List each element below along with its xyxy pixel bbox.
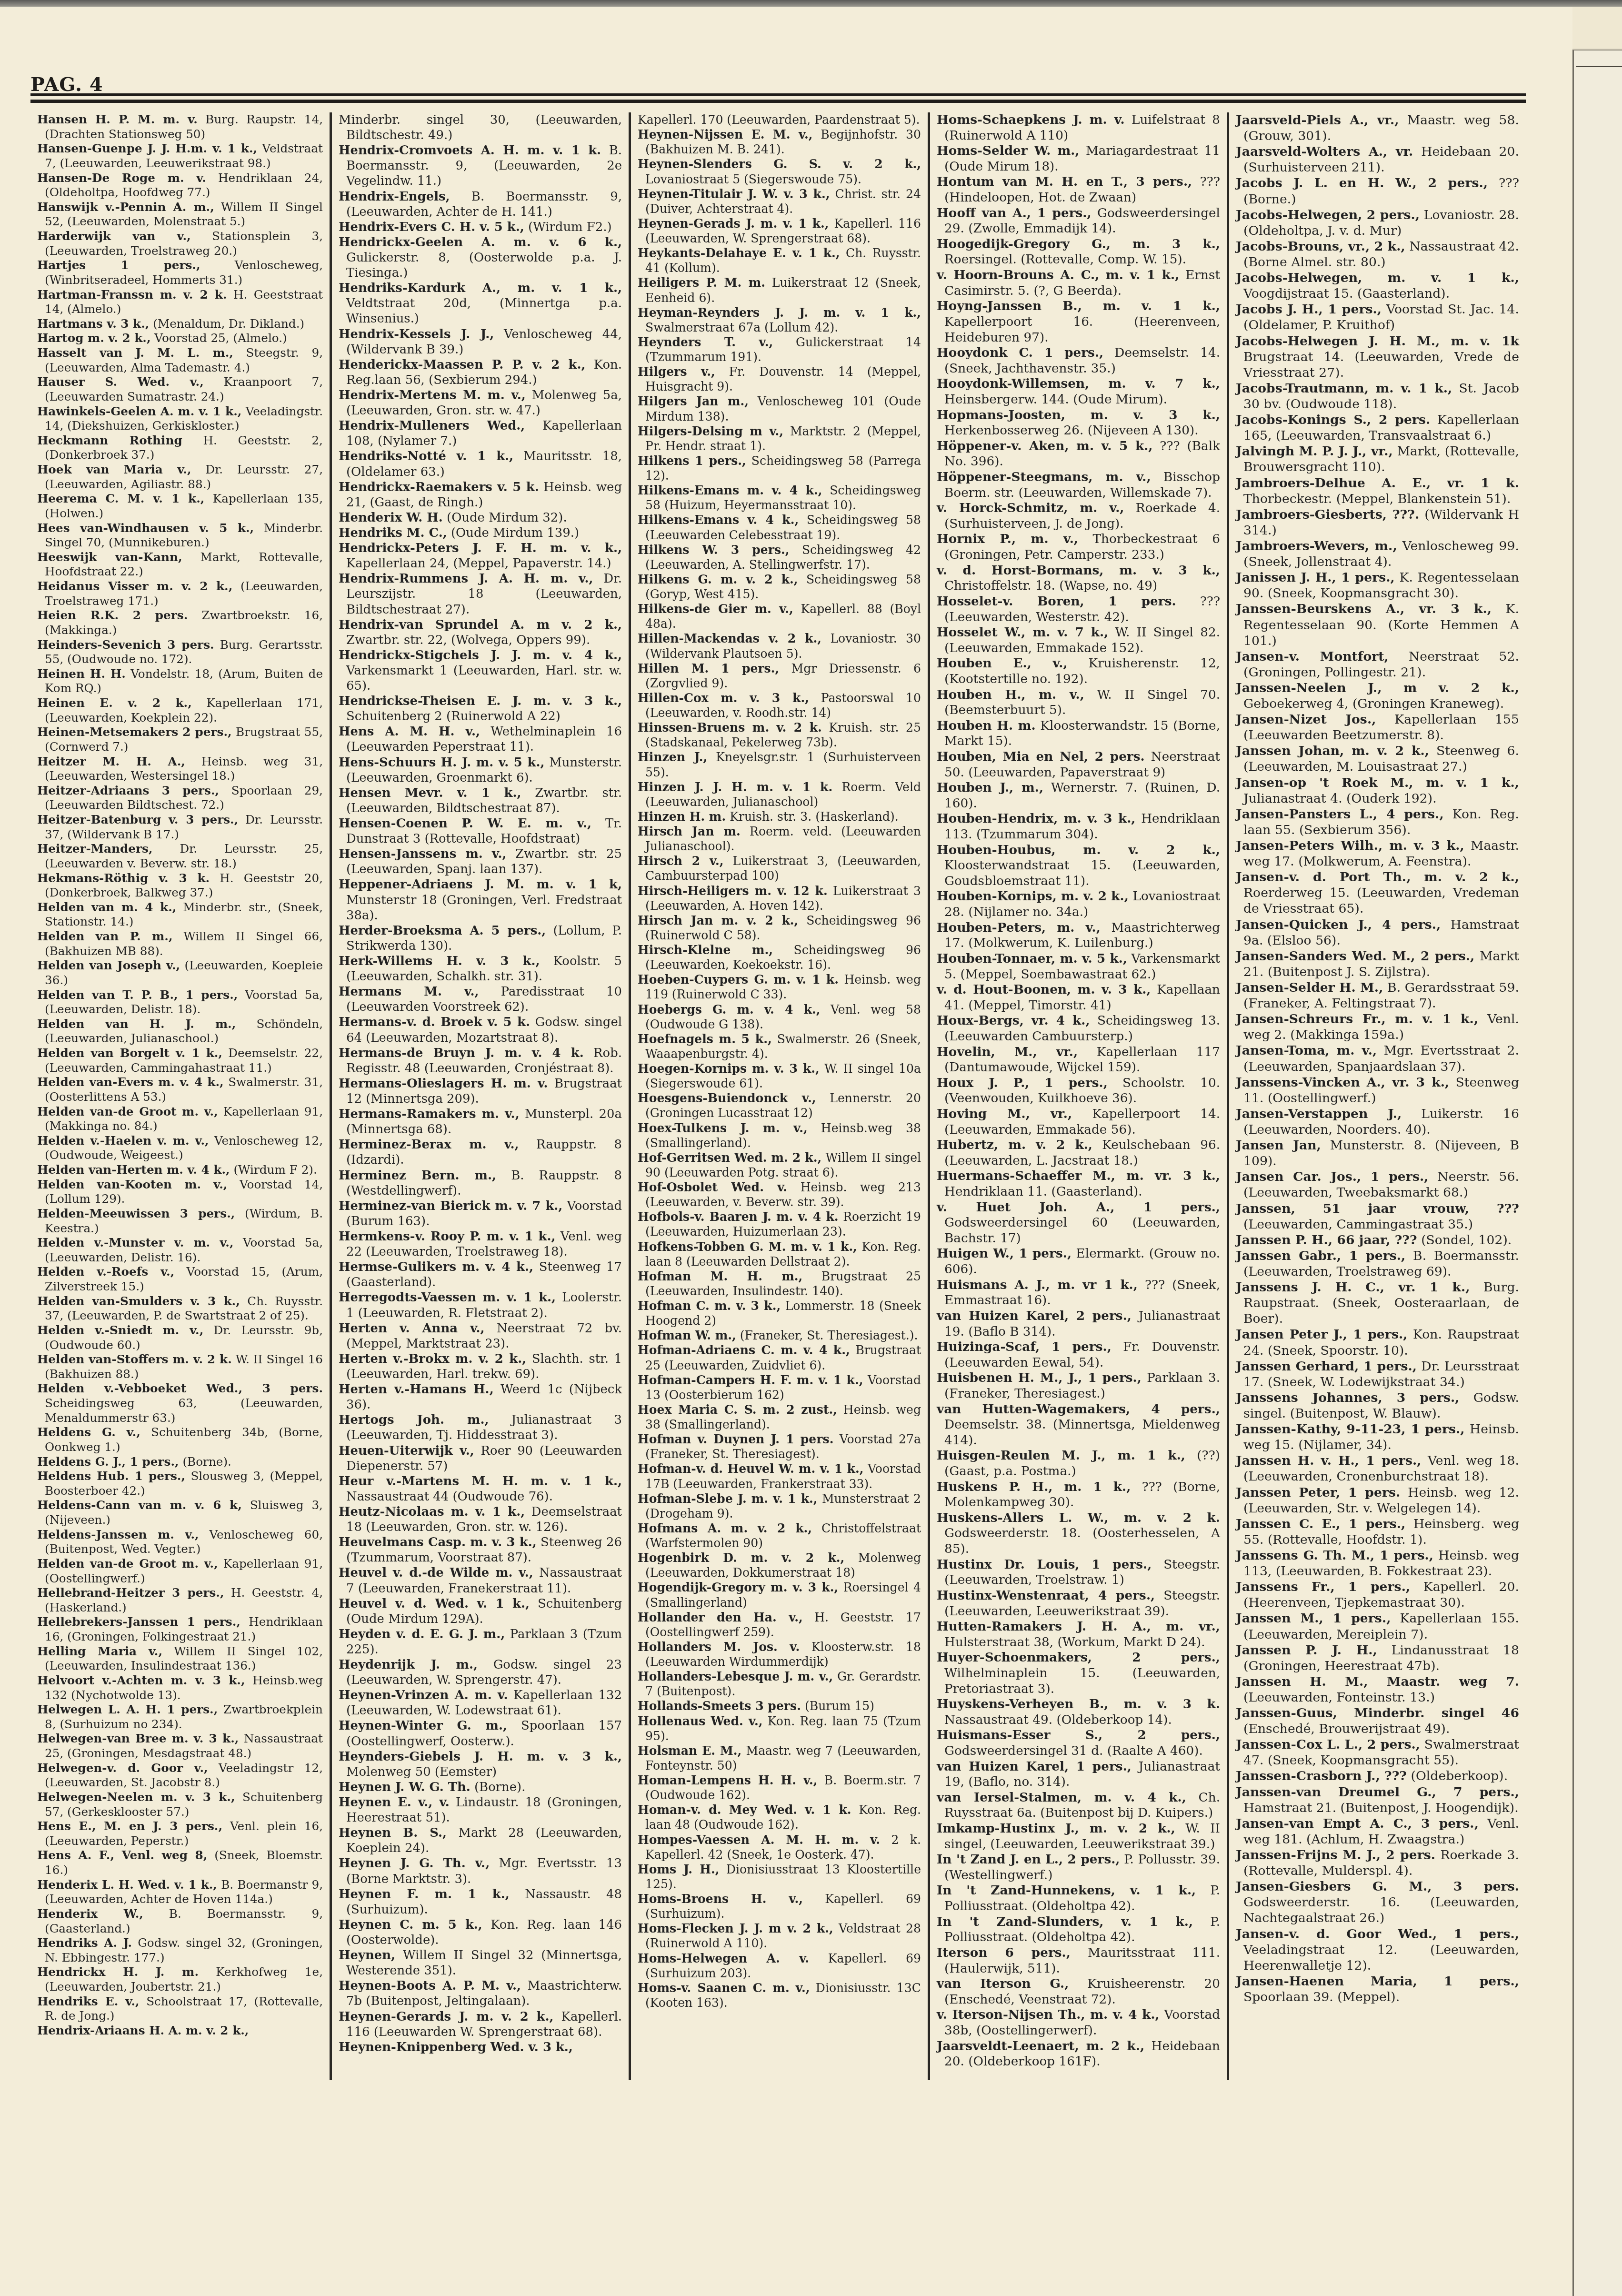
directory-entry: Huyskens-Verheyen B., m. v. 3 k. Nassaus… (937, 1697, 1220, 1728)
entry-name: Hovelin, M., vr., (937, 1045, 1078, 1059)
entry-name: Huermans-Schaeffer M., m. vr. 3 k., (937, 1168, 1220, 1183)
directory-entry: Hoebergs G. m. v. 4 k., Venl. weg 58 (Ou… (638, 1002, 921, 1032)
entry-name: Jansen-Toma, m. v., (1236, 1043, 1377, 1058)
entry-name: Hilgers v., (638, 364, 715, 379)
directory-entry: Hendrickx-Stigchels J. J. m. v. 4 k., Va… (339, 648, 622, 694)
directory-entry: Hogenbirk D. m. v. 2 k., Molenweg (Leeuw… (638, 1551, 921, 1580)
directory-entry: Jansen Jan, Munsterstr. 8. (Nijeveen, B … (1236, 1138, 1519, 1169)
directory-entry: Janssen-Frijns M. J., 2 pers. Roerkade 3… (1236, 1847, 1519, 1879)
directory-entry: Hinzen J. J. H. m. v. 1 k. Roerm. Veld (… (638, 780, 921, 809)
entry-name: Hawinkels-Geelen A. m. v. 1 k., (37, 404, 241, 418)
entry-name: Houben-Houbus, m. v. 2 k., (937, 843, 1220, 857)
entry-address: Godsweerdersingel 60 (Leeuwarden, Bachst… (944, 1216, 1220, 1246)
directory-entry: Hoex-Tulkens J. m. v., Heinsb.weg 38 (Sm… (638, 1121, 921, 1150)
header-rule-top (30, 93, 1526, 96)
entry-name: Janssen-Guus, Minderbr. singel 46 (1236, 1706, 1519, 1721)
entry-name: v. d. Horst-Bormans, m. v. 3 k., (937, 563, 1220, 578)
directory-entry: Hofman M. H. m., Brugstraat 25 (Leeuward… (638, 1269, 921, 1299)
entry-name: Jacobs J. L. en H. W., 2 pers., (1236, 176, 1488, 191)
entry-name: Heinen E. v. 2 k., (37, 696, 192, 710)
directory-entry: Heykants-Delahaye E. v. 1 k., Ch. Ruysst… (638, 246, 921, 275)
entry-name: Jacobs-Konings S., 2 pers. (1236, 413, 1430, 427)
directory-entry: Jansen-Quicken J., 4 pers., Hamstraat 9a… (1236, 917, 1519, 948)
entry-name: Heldens-Cann van m. v. 6 k, (37, 1498, 242, 1512)
entry-name: Heynen, (339, 1948, 395, 1963)
entry-name: Homs J. H., (638, 1862, 719, 1876)
directory-entry: Hendrix-Mulleners Wed., Kapellerlaan 108… (339, 418, 622, 449)
directory-entry: Jansen Peter J., 1 pers., Kon. Raupstraa… (1236, 1327, 1519, 1358)
directory-entry: Herminez-Berax m. v., Rauppstr. 8 (Idzar… (339, 1137, 622, 1168)
entry-address: Hulsterstraat 38, (Workum, Markt D 24). (944, 1635, 1205, 1650)
entry-name: Hirsch Jan m. v. 2 k., (638, 913, 798, 927)
entry-name: Heitzer-Manders, (37, 842, 153, 856)
directory-entry: Janssens G. Th. M., 1 pers., Heinsb. weg… (1236, 1548, 1519, 1579)
entry-address: Brugstraat 14. (Leeuwarden, Vrede de Vri… (1243, 350, 1519, 380)
directory-entry: Houx-Bergs, vr. 4 k., Scheidingsweg 13. … (937, 1013, 1220, 1044)
entry-name: Jacobs J. H., 1 pers., (1236, 302, 1382, 317)
directory-entry: Jambroers-Giesberts, ???. (Wildervank H … (1236, 507, 1519, 538)
entry-name: Heynen-Nijssen E. M. v., (638, 127, 813, 141)
entry-name: Janssen P. H., 66 jaar, ??? (1236, 1233, 1417, 1248)
directory-entry: van Hutten-Wagemakers, 4 pers., Deemsels… (937, 1402, 1220, 1449)
entry-name: Höppener-v. Aken, m. v. 5 k., (937, 439, 1153, 453)
directory-entry: Helden v.-Munster v. m. v., Voorstad 5a,… (37, 1236, 323, 1265)
entry-name: Houben J., m., (937, 780, 1043, 795)
directory-entry: Homs-v. Saanen C. m. v., Dionisiusstr. 1… (638, 1981, 921, 2010)
directory-entry: Hillen M. 1 pers., Mgr Driessenstr. 6 (Z… (638, 661, 921, 691)
entry-name: Houben-Hendrix, m. v. 3 k., (937, 811, 1136, 826)
entry-name: Hellebrekers-Janssen 1 pers., (37, 1615, 240, 1629)
entry-name: Hensen-Coenen P. W. E. m. v., (339, 816, 591, 831)
entry-name: Heuvel v. d.-de Wilde m. v., (339, 1566, 533, 1580)
entry-name: Homs-Flecken J. J. m v. 2 k., (638, 1921, 833, 1935)
entry-name: Holsman E. M., (638, 1743, 741, 1758)
entry-address: (Leeuwarden, Fonteinstr. 13.) (1243, 1690, 1435, 1705)
entry-name: Herten v.-Hamans H., (339, 1382, 494, 1397)
directory-entry: Hofman-Campers H. F. m. v. 1 k., Voorsta… (638, 1373, 921, 1402)
directory-entry: Heuvelmans Casp. m. v. 3 k., Steenweg 26… (339, 1535, 622, 1565)
directory-entry: Heckmann Rothing H. Geeststr. 2, (Donker… (37, 433, 323, 463)
directory-entry: Hollander den Ha. v., H. Geeststr. 17 (O… (638, 1610, 921, 1640)
entry-name: Helden van P. m., (37, 929, 173, 943)
directory-entry: Hofman-Slebe J. m. v. 1 k., Munsterstraa… (638, 1491, 921, 1521)
directory-entry: Hofbols-v. Baaren J. m. v. 4 k. Roerzich… (638, 1209, 921, 1239)
entry-name: Hertogs Joh. m., (339, 1413, 489, 1427)
entry-name: Heuvelmans Casp. m. v. 3 k., (339, 1535, 537, 1550)
directory-entry: Hilkens G. m. v. 2 k., Scheidingsweg 58 … (638, 572, 921, 602)
directory-entry: Hillen-Cox m. v. 3 k., Pastoorswal 10 (L… (638, 691, 921, 720)
directory-entry: Heyden v. d. E. G. J. m., Parklaan 3 (Tz… (339, 1627, 622, 1657)
entry-name: Jansen-v. d. Port Th., m. v. 2 k., (1236, 870, 1519, 885)
entry-name: Huskens P. H., m. 1 k., (937, 1480, 1131, 1494)
entry-name: Heur v.-Martens M. H. m. v. 1 k., (339, 1474, 622, 1489)
directory-entry: Heutz-Nicolaas m. v. 1 k., Deemselstraat… (339, 1504, 622, 1535)
entry-name: Hens-Schuurs H. J. m. v. 5 k., (339, 755, 544, 770)
directory-entry: Jansen-Pansters L., 4 pers., Kon. Reg. l… (1236, 806, 1519, 838)
directory-entry: Herminez-van Bierick m. v. 7 k., Voorsta… (339, 1198, 622, 1229)
entry-name: Janssen-Crasborn J., ??? (1236, 1769, 1407, 1783)
entry-name: Hermans-Ramakers m. v., (339, 1107, 520, 1121)
directory-entry: Hendrix-Evers C. H. v. 5 k., (Wirdum F2.… (339, 220, 622, 235)
entry-name: Hooydonk-Willemsen, m. v. 7 k., (937, 376, 1220, 391)
entry-address: (Wirdum F 2). (233, 1163, 317, 1177)
directory-entry: Huismans A. J., m. vr 1 k., ??? (Sneek, … (937, 1278, 1220, 1309)
directory-entry: Harderwijk van v., Stationsplein 3, (Lee… (37, 229, 323, 258)
entry-name: Hofman-Campers H. F. m. v. 1 k., (638, 1373, 863, 1387)
entry-name: Heldens G. v., (37, 1425, 140, 1439)
entry-name: Hermse-Gulikers m. v. 4 k., (339, 1260, 533, 1274)
entry-name: Hendriks-Notté v. 1 k., (339, 449, 513, 463)
entry-name: Janssen-Beurskens A., vr. 3 k., (1236, 602, 1492, 616)
column-1: Hansen H. P. M. m. v. Burg. Raupstr. 14,… (30, 112, 330, 2080)
directory-entry: Jansen-op 't Roek M., m. v. 1 k., Julian… (1236, 775, 1519, 806)
entry-name: Janssen-Kathy, 9-11-23, 1 pers., (1236, 1422, 1465, 1437)
directory-entry: Heynen-Gerards J. m. v. 2 k., Kapellerl.… (339, 2009, 622, 2040)
directory-entry: Janssen-Kathy, 9-11-23, 1 pers., Heinsb.… (1236, 1421, 1519, 1453)
entry-name: Huismans-Esser S., 2 pers., (937, 1728, 1220, 1742)
directory-entry: Hansen-De Roge m. v. Hendriklaan 24, (Ol… (37, 171, 323, 200)
entry-name: Hoefnagels m. 5 k., (638, 1032, 772, 1046)
directory-entry: Heien R.K. 2 pers. Zwartbroekstr. 16, (M… (37, 608, 323, 637)
directory-entry: Hirsch-Heiligers m. v. 12 k. Luikerstraa… (638, 884, 921, 913)
directory-entry: Hermans-Olieslagers H. m. v. Brugstraat … (339, 1076, 622, 1107)
directory-entry: Jaarsveld-Wolters A., vr. Heidebaan 20. … (1236, 144, 1519, 175)
entry-name: Hustinx-Wenstenraat, 4 pers., (937, 1588, 1155, 1603)
entry-name: Heydenrijk J. m., (339, 1658, 478, 1672)
entry-name: Janssen Peter, 1 pers. (1236, 1485, 1400, 1500)
entry-name: Janssen H. v. H., 1 pers., (1236, 1453, 1422, 1468)
directory-entry: Heuvel v. d.-de Wilde m. v., Nassaustraa… (339, 1565, 622, 1596)
entry-name: Jansen-Haenen Maria, 1 pers., (1236, 1974, 1519, 1989)
directory-entry: Heynen-Titulair J. W. v. 3 k., Christ. s… (638, 187, 921, 216)
directory-entry: In 't Zand J. en L., 2 pers., P. Polluss… (937, 1852, 1220, 1883)
directory-entry: Janssen H. v. H., 1 pers., Venl. weg 18.… (1236, 1453, 1519, 1484)
entry-name: Hirsch-Heiligers m. v. 12 k. (638, 884, 828, 898)
entry-name: Hens A. F., Venl. weg 8, (37, 1848, 207, 1862)
directory-entry: Jansen-Haenen Maria, 1 pers., Spoorlaan … (1236, 1974, 1519, 2005)
directory-entry: Heynen E. v., v. Lindaustr. 18 (Groninge… (339, 1795, 622, 1825)
entry-name: Heynen-Winter G. m., (339, 1719, 507, 1733)
entry-name: Heiligers P. M. m. (638, 275, 765, 290)
directory-entry: Hendrix-Engels, B. Boermansstr. 9, (Leeu… (339, 189, 622, 220)
directory-entry: Janssen-Guus, Minderbr. singel 46 (Ensch… (1236, 1705, 1519, 1737)
directory-entry: v. Horck-Schmitz, m. v., Roerkade 4. (Su… (937, 501, 1220, 532)
directory-entry: Jambroers-Wevers, m., Venloscheweg 99. (… (1236, 538, 1519, 570)
directory-entry: Houben J., m., Wernerstr. 7. (Ruinen, D.… (937, 780, 1220, 811)
directory-entry: Hekmans-Röthig v. 3 k. H. Geeststr 20, (… (37, 871, 323, 900)
entry-name: Hensen-Janssens m. v., (339, 847, 507, 861)
entry-name: Jansen-Quicken J., 4 pers., (1236, 917, 1441, 932)
directory-entry: Hendrix-Rummens J. A. H. m. v., Dr. Leur… (339, 571, 622, 617)
entry-name: Jaarsveld-Wolters A., vr. (1236, 144, 1413, 159)
entry-name: Hens E., M. en J. 3 pers., (37, 1819, 222, 1833)
directory-entry: Hollands-Smeets 3 pers. (Burum 15) (638, 1699, 921, 1713)
directory-entry: Helden van-Smulders v. 3 k., Ch. Ruysstr… (37, 1294, 323, 1323)
entry-name: Heldens-Janssen m. v., (37, 1528, 199, 1541)
directory-entry: Iterson 6 pers., Mauritsstraat 111. (Hau… (937, 1945, 1220, 1976)
entry-name: Janssen-Neelen J., m v. 2 k., (1236, 681, 1519, 695)
directory-entry: Heyman-Reynders J. J. m. v. 1 k., Swalme… (638, 305, 921, 335)
directory-entry: Hansen H. P. M. m. v. Burg. Raupstr. 14,… (37, 112, 323, 141)
entry-name: Jansen-Schreurs Fr., m. v. 1 k., (1236, 1012, 1478, 1027)
entry-name: Herminez Bern. m., (339, 1168, 496, 1183)
entry-address: (Menaldum, Dr. Dikland.) (153, 317, 304, 331)
directory-entry: Janssens-Vincken A., vr. 3 k., Steenweg … (1236, 1075, 1519, 1106)
entry-name: Helden van T. P. B., 1 pers., (37, 988, 238, 1002)
directory-entry: Hens A. M. H. v., Wethelminaplein 16 (Le… (339, 724, 622, 755)
entry-name: Hoyng-Janssen B., m. v. 1 k., (937, 299, 1220, 313)
entry-name: Hilgers-Delsing m v., (638, 424, 783, 438)
directory-entry: Helden van T. P. B., 1 pers., Voorstad 5… (37, 988, 323, 1017)
entry-name: Iterson 6 pers., (937, 1945, 1071, 1960)
entry-name: Heidanus Visser m. v. 2 k., (37, 579, 232, 593)
entry-name: Hermans M. v., (339, 985, 479, 999)
entry-name: Heppener-Adriaens J. M. m. v. 1 k, (339, 877, 622, 892)
entry-name: Heynen-Boots A. P. M. v., (339, 1979, 521, 1993)
entry-name: Jacobs-Helwegen, 2 pers., (1236, 208, 1420, 222)
directory-entry: Janssen Johan, m. v. 2 k., Steenweg 6. (… (1236, 743, 1519, 775)
directory-entry: Helden-Meeuwissen 3 pers., (Wirdum, B. K… (37, 1207, 323, 1236)
entry-name: Jansen-Peters Wilh., m. v. 3 k., (1236, 838, 1464, 853)
directory-entry: Jaarsveld-Piels A., vr., Maastr. weg 58.… (1236, 112, 1519, 144)
directory-entry: Heitzer-Batenburg v. 3 pers., Dr. Leurss… (37, 813, 323, 842)
directory-entry: Hofman v. Duynen J. 1 pers. Voorstad 27a… (638, 1432, 921, 1461)
directory-entry: Hansen-Guenpe J. J. H.m. v. 1 k., Veldst… (37, 141, 323, 171)
entry-address: Scheidingsweg 63, (Leeuwarden, Menaldumm… (45, 1396, 323, 1425)
directory-entry: Jansen-Nizet Jos., Kapellerlaan 155 (Lee… (1236, 712, 1519, 743)
directory-entry: Hontum van M. H. en T., 3 pers., ??? (Hi… (937, 174, 1220, 205)
directory-entry: Herten v.-Brokx m. v. 2 k., Slachth. str… (339, 1351, 622, 1382)
entry-name: Heldens Hub. 1 pers., (37, 1469, 185, 1483)
column-4: Homs-Schaepkens J. m. v. Luifelstraat 8 … (928, 112, 1227, 2080)
entry-name: Jansen Jan, (1236, 1138, 1321, 1153)
entry-name: Heynders T. v., (638, 335, 773, 349)
entry-name: Heynders-Giebels J. H. m. v. 3 k., (339, 1750, 622, 1764)
directory-entry: Heynen C. m. 5 k., Kon. Reg. laan 146 (O… (339, 1917, 622, 1948)
entry-address: Heinsbergerw. 144. (Oude Mirum). (944, 393, 1167, 407)
directory-entry: Hofmans A. m. v. 2 k., Christoffelstraat… (638, 1521, 921, 1551)
entry-name: Helden van-Smulders v. 3 k., (37, 1294, 240, 1308)
entry-name: Hauser S. Wed. v., (37, 375, 204, 389)
directory-entry: Hermse-Gulikers m. v. 4 k., Steenweg 17 … (339, 1259, 622, 1290)
directory-entry: Heynen, Willem II Singel 32 (Minnertsga,… (339, 1948, 622, 1978)
entry-name: Hopmans-Joosten, m. v. 3 k., (937, 408, 1220, 423)
entry-name: Houx-Bergs, vr. 4 k., (937, 1013, 1090, 1028)
entry-name: In 't Zand-Slunders, v. 1 k., (937, 1914, 1193, 1929)
entry-name: Hutten-Ramakers J. H. A., m. vr., (937, 1619, 1220, 1634)
entry-name: Helden v.-Sniedt m. v., (37, 1323, 203, 1337)
directory-entry: Hendrix-Kessels J. J., Venloscheweg 44, … (339, 327, 622, 357)
entry-name: Hoex Maria C. S. m. 2 zust., (638, 1402, 837, 1417)
entry-address: Wilhelminaplein 15. (Leeuwarden, Pretori… (944, 1666, 1220, 1696)
entry-name: Hendrix-Evers C. H. v. 5 k., (339, 220, 524, 234)
directory-entry: Helden v.-Sniedt m. v., Dr. Leursstr. 9b… (37, 1323, 323, 1352)
entry-name: Hartmans v. 3 k., (37, 317, 149, 331)
entry-name: Hollanders-Lebesque J. m. v., (638, 1669, 833, 1683)
entry-name: Houben, Mia en Nel, 2 pers. (937, 749, 1145, 764)
directory-entry: Helden v.-Haelen v. m. v., Venloscheweg … (37, 1134, 323, 1163)
directory-entry: Janssen M., 1 pers., Kapellerlaan 155. (… (1236, 1611, 1519, 1642)
newspaper-page: PAG. 4 Hansen H. P. M. m. v. Burg. Raups… (0, 7, 1572, 2296)
entry-address: (Oude Mirdum 32). (447, 511, 567, 525)
directory-entry: Huisbenen H. M., J., 1 pers., Parklaan 3… (937, 1370, 1220, 1401)
entry-address: (Borne). (182, 1455, 231, 1469)
directory-entry: Hens A. F., Venl. weg 8, (Sneek, Bloemst… (37, 1848, 323, 1877)
directory-entry: Homs-Broens H. v., Kapellerl. 69 (Surhui… (638, 1892, 921, 1921)
scanner-top-edge (0, 0, 1622, 7)
entry-address: Godsweerderstr. 18. (Oosterhesselen, A 8… (944, 1526, 1220, 1556)
entry-name: Helden van-de Groot m. v., (37, 1105, 218, 1118)
directory-entry: Helvoort v.-Achten m. v. 3 k., Heinsb.we… (37, 1673, 323, 1702)
directory-entry: Herregodts-Vaessen m. v. 1 k., Loolerstr… (339, 1290, 622, 1320)
directory-entry: v. Hoorn-Brouns A. C., m. v. 1 k., Ernst… (937, 268, 1220, 299)
entry-name: Heitzer M. H. A., (37, 755, 185, 768)
entry-address: Voorstad 25, (Almelo.) (154, 331, 287, 345)
directory-entry: Huyer-Schoenmakers, 2 pers., Wilhelminap… (937, 1650, 1220, 1697)
directory-entry: Helden van-de Groot m. v., Kapellerlaan … (37, 1557, 323, 1586)
directory-entry: Henderix W. H. (Oude Mirdum 32). (339, 510, 622, 525)
directory-entry: Houben-Kornips, m. v. 2 k., Lovaniostraa… (937, 889, 1220, 920)
entry-name: Homs-Helwegen A. v. (638, 1951, 809, 1965)
directory-entry: Hendrickx-Geelen A. m. v. 6 k., Gulicker… (339, 235, 622, 281)
entry-name: Hendrix-van Sprundel A. m v. 2 k., (339, 618, 622, 632)
entry-name: Houx J. P., 1 pers., (937, 1076, 1108, 1090)
directory-entry: Henderix W., B. Boermansstr. 9, (Gaaster… (37, 1907, 323, 1936)
directory-entry: Jansen Car. Jos., 1 pers., Neerstr. 56. … (1236, 1169, 1519, 1200)
directory-entry: Jacobs-Helwegen, m. v. 1 k., Voogdijstra… (1236, 270, 1519, 302)
directory-entry: Hermans M. v., Paredisstraat 10 (Leeuwar… (339, 984, 622, 1015)
directory-entry: Heinders-Sevenich 3 pers. Burg. Gerartss… (37, 638, 323, 667)
directory-entry: Herder-Broeksma A. 5 pers., (Lollum, P. … (339, 923, 622, 954)
entry-name: Hoeben-Cuypers G. m. v. 1 k. (638, 972, 839, 987)
entry-name: Hilkens-Emans v. 4 k., (638, 513, 799, 527)
entry-name: Hilkens G. m. v. 2 k., (638, 572, 798, 586)
entry-name: Hillen M. 1 pers., (638, 661, 779, 675)
entry-name: Helden v.-Roefs v., (37, 1265, 174, 1279)
directory-entry: Herk-Willems H. v. 3 k., Koolstr. 5 (Lee… (339, 954, 622, 984)
entry-name: Heynen-Gerards J. m. v. 2 k., (339, 2010, 553, 2024)
directory-entry: Heynen-Vrinzen A. m. v. Kapellerlaan 132… (339, 1688, 622, 1718)
directory-entry: Homan-Lempens H. H. v., B. Boerm.str. 7 … (638, 1773, 921, 1803)
directory-entry: Heinen E. v. 2 k., Kapellerlaan 171, (Le… (37, 696, 323, 725)
directory-entry: Heynen-Slenders G. S. v. 2 k., Lovaniost… (638, 157, 921, 186)
directory-entry: Hilkens W. 3 pers., Scheidingsweg 42 (Le… (638, 543, 921, 572)
entry-name: Hermans-Olieslagers H. m. v. (339, 1077, 548, 1091)
entry-address: Godsweerderstr. 16. (Leeuwarden, Nachteg… (1243, 1895, 1519, 1925)
entry-name: Hornix P., m. v., (937, 532, 1078, 546)
directory-entry: Heynders-Giebels J. H. m. v. 3 k., Molen… (339, 1749, 622, 1780)
entry-name: Heuvel v. d. Wed. v. 1 k., (339, 1597, 530, 1611)
directory-entry: Janissen J. H., 1 pers., K. Regentessela… (1236, 570, 1519, 601)
entry-name: Huskens-Allers L. W., m. v. 2 k. (937, 1511, 1220, 1525)
directory-entry: Jansen-Sanders Wed. M., 2 pers., Markt 2… (1236, 948, 1519, 980)
entry-name: Hofman-Adriaens C. m. v. 4 k., (638, 1343, 850, 1357)
directory-entry: Kapellerl. 170 (Leeuwarden, Paardenstraa… (638, 112, 921, 127)
entry-name: v. Iterson-Nijsen Th., m. v. 4 k., (937, 2007, 1160, 2022)
directory-entry: van Iersel-Stalmen, m. v. 4 k., Ch. Ruys… (937, 1790, 1220, 1821)
directory-entry: Helwegen-v. d. Goor v., Veeladingstr 12,… (37, 1761, 323, 1790)
entry-name: Hinzen J., (638, 750, 707, 764)
entry-name: Hendrickx-Geelen A. m. v. 6 k., (339, 235, 622, 250)
entry-name: Hendriks A. J. (37, 1936, 132, 1950)
entry-address: Roerderweg 15. (Leeuwarden, Vredeman de … (1243, 886, 1519, 916)
entry-name: Houben-Kornips, m. v. 2 k., (937, 889, 1129, 904)
directory-entry: Hopmans-Joosten, m. v. 3 k., Herkenbosse… (937, 408, 1220, 439)
directory-entry: Hens-Schuurs H. J. m. v. 5 k., Munsterst… (339, 755, 622, 785)
directory-entry: Hartmans v. 3 k., (Menaldum, Dr. Dikland… (37, 317, 323, 332)
directory-entry: Heynen-Gerads J. m. v. 1 k., Kapellerl. … (638, 216, 921, 246)
entry-name: Jacobs-Helwegen, m. v. 1 k., (1236, 271, 1519, 285)
directory-entry: Hofman W. m., (Franeker, St. Theresiages… (638, 1328, 921, 1343)
directory-entry: Hosselet-v. Boren, 1 pers. ??? (Leeuward… (937, 594, 1220, 625)
directory-entry: Heynders T. v., Gulickerstraat 14 (Tzumm… (638, 335, 921, 364)
directory-entry: Homs J. H., Dionisiusstraat 13 Kloostert… (638, 1862, 921, 1892)
entry-name: van Iterson G., (937, 1976, 1069, 1991)
directory-entry: Helden v.-Vebboeket Wed., 3 pers. Scheid… (37, 1381, 323, 1425)
directory-entry: Hollanders-Lebesque J. m. v., Gr. Gerard… (638, 1669, 921, 1699)
entry-name: Hontum van M. H. en T., 3 pers., (937, 174, 1192, 189)
directory-entry: Houben E., v., Kruisherenstr. 12, (Koots… (937, 656, 1220, 687)
entry-name: Helden v.-Haelen v. m. v., (37, 1134, 209, 1148)
directory-entry: Homs-Helwegen A. v. Kapellerl. 69 (Surhu… (638, 1951, 921, 1981)
entry-name: Hollanders M. Jos. v. (638, 1640, 800, 1654)
entry-name: Homan-v. d. Mey Wed. v. 1 k. (638, 1803, 851, 1817)
directory-entry: In 't Zand-Slunders, v. 1 k., P. Pollius… (937, 1914, 1220, 1945)
entry-name: v. Horck-Schmitz, m. v., (937, 501, 1124, 515)
entry-name: Hoegen-Kornips m. v. 3 k., (638, 1061, 820, 1076)
entry-name: Janssen, 51 jaar vrouw, ??? (1236, 1201, 1519, 1216)
directory-entry: Houben H., m. v., W. II Singel 70. (Beem… (937, 687, 1220, 718)
entry-name: Homs-Broens H. v., (638, 1892, 803, 1906)
entry-name: Heerema C. M. v. 1 k., (37, 492, 204, 505)
directory-entry: Helling Maria v., Willem II Singel 102, … (37, 1644, 323, 1673)
entry-name: Jambroers-Giesberts, ???. (1236, 507, 1419, 522)
entry-name: Heynen C. m. 5 k., (339, 1918, 482, 1932)
directory-entry: Homan-v. d. Mey Wed. v. 1 k. Kon. Reg. l… (638, 1803, 921, 1832)
entry-name: Hees van-Windhausen v. 5 k., (37, 521, 254, 535)
directory-entry: Hermans-de Bruyn J. m. v. 4 k. Rob. Regi… (339, 1046, 622, 1076)
entry-name: Jansen-v. Montfort, (1236, 649, 1389, 664)
directory-entry: Heynen-Boots A. P. M. v., Maastrichterw.… (339, 1978, 622, 2009)
directory-entry: Jacobs-Trautmann, m. v. 1 k., St. Jacob … (1236, 381, 1519, 412)
directory-entry: Heynen-Knippenberg Wed. v. 3 k., (339, 2040, 622, 2055)
entry-address: Hendriklaan 11. (Gaasterland). (944, 1185, 1142, 1199)
directory-entry: Henderix L. H. Wed. v. 1 k., B. Boermans… (37, 1878, 323, 1907)
directory-entry: Hooydonk-Willemsen, m. v. 7 k., Heinsber… (937, 376, 1220, 407)
entry-address: Geboekerweg 4, (Groningen Kraneweg). (1243, 696, 1504, 711)
directory-entry: Janssen-van Dreumel G., 7 pers., Hamstra… (1236, 1784, 1519, 1816)
entry-address: Christoffelstr. 18. (Wapse, no. 49) (944, 579, 1157, 593)
entry-name: Jansen-v. d. Goor Wed., 1 pers., (1236, 1927, 1519, 1942)
entry-address: (Enschedé, Brouwerijstraat 49). (1243, 1722, 1450, 1736)
directory-entry: Hollenaus Wed. v., Kon. Reg. laan 75 (Tz… (638, 1714, 921, 1743)
directory-entry: Houben, Mia en Nel, 2 pers. Neerstraat 5… (937, 749, 1220, 780)
directory-entry: Heldens-Cann van m. v. 6 k, Sluisweg 3, … (37, 1498, 323, 1527)
entry-name: Henderickx-Maassen P. P. v. 2 k., (339, 358, 585, 372)
entry-name: Hooydonk C. 1 pers., (937, 345, 1103, 360)
directory-entry: Hanswijk v.-Pennin A. m., Willem II Sing… (37, 200, 323, 229)
directory-entry: Heiligers P. M. m. Luikerstraat 12 (Snee… (638, 275, 921, 305)
directory-entry: Herten v.-Hamans H., Weerd 1c (Nijbeck 3… (339, 1382, 622, 1412)
directory-entry: Helden van Joseph v., (Leeuwarden, Koepl… (37, 958, 323, 987)
entry-name: Heyman-Reynders J. J. m. v. 1 k., (638, 305, 921, 320)
entry-name: Hendrix-Kessels J. J., (339, 327, 494, 342)
entry-name: Heynen-Titulair J. W. v. 3 k., (638, 187, 830, 201)
directory-entry: Jansen-Selder H. M., B. Gerardsstraat 59… (1236, 980, 1519, 1011)
entry-name: Hendrickx-Raemakers v. 5 k. (339, 480, 539, 494)
entry-name: Heutz-Nicolaas m. v. 1 k., (339, 1505, 525, 1519)
entry-name: Hofman W. m., (638, 1328, 736, 1342)
